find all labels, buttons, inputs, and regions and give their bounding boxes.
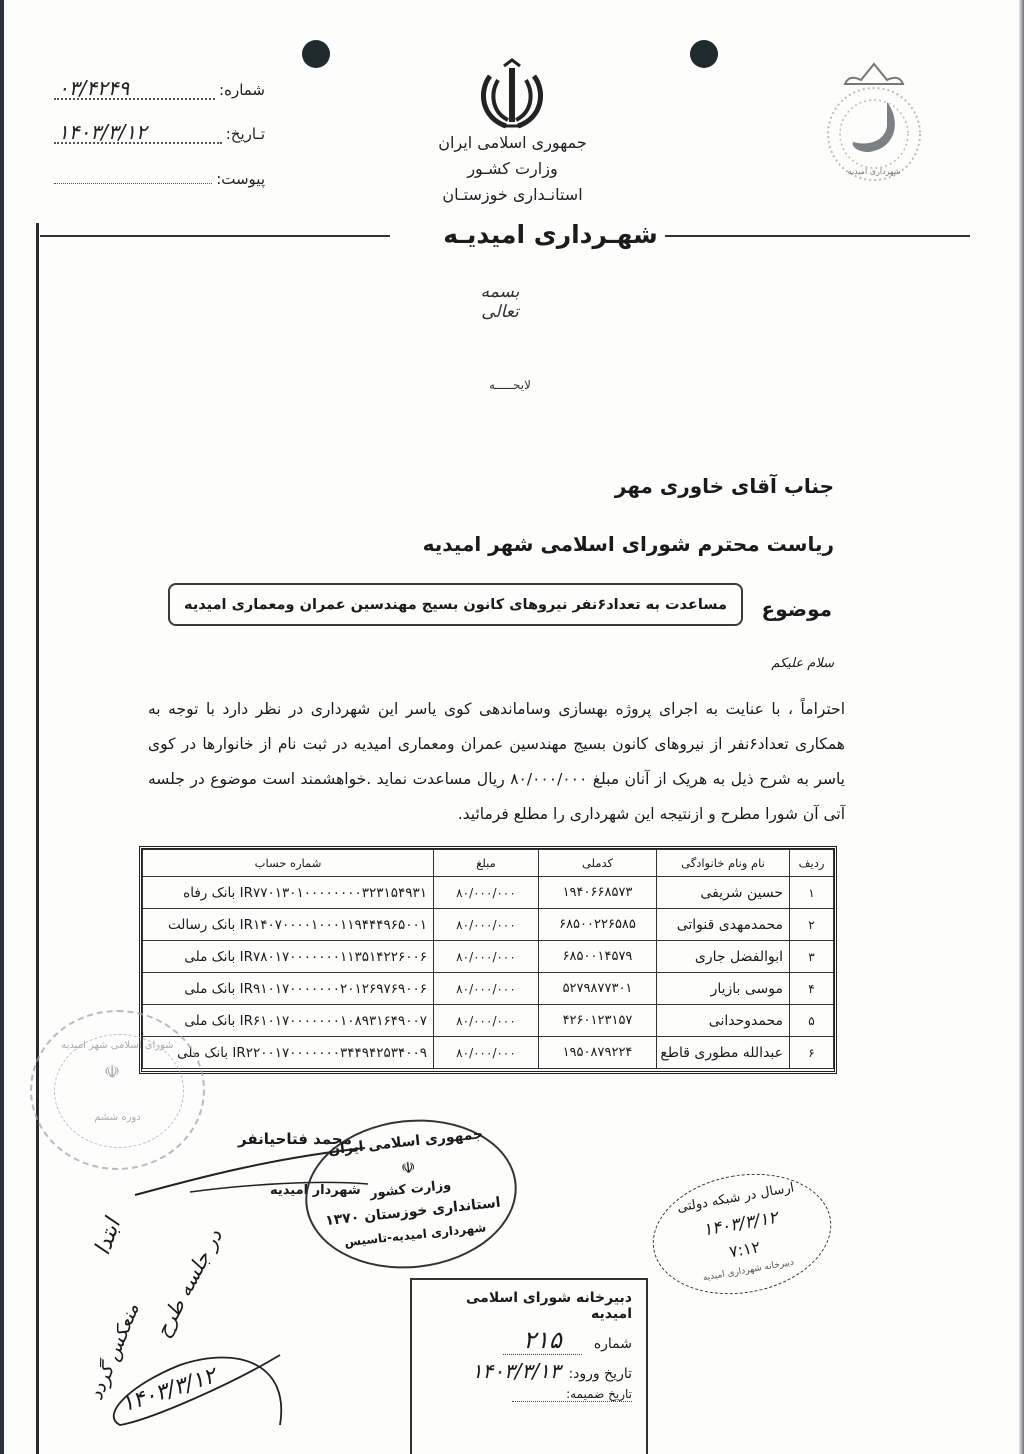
handwritten-note-1: ابتدا <box>90 1216 126 1259</box>
cell-name: عبدالله مطوری قاطع <box>657 1037 790 1069</box>
letterhead-line-ministry: وزارت کشـور <box>400 156 625 182</box>
table-row: ۳ ابوالفضل جاری ۶۸۵۰۰۱۴۵۷۹ ۸۰/۰۰۰/۰۰۰ IR… <box>143 941 834 973</box>
secretariat-attachment-label: تاریخ ضمیمه: <box>512 1387 632 1402</box>
council-secretariat-stamp: دبیرخانه شورای اسلامی امیدیه شماره ۲۱۵ ت… <box>410 1278 648 1454</box>
recipient-title: ریاست محترم شورای اسلامی شهر امیدیه <box>423 532 834 556</box>
cell-account: IR۱۴۰۷۰۰۰۰۱۰۰۰۱۱۹۴۴۴۹۶۵۰۰۱ بانک رسالت <box>143 909 434 941</box>
header-name: نام ونام خانوادگی <box>657 850 790 877</box>
municipality-logo-icon: شهرداری امیدیه <box>815 62 933 197</box>
municipality-title: شهـرداری امیدیـه <box>438 220 663 249</box>
table-row: ۲ محمدمهدی قنواتی ۶۸۵۰۰۲۲۶۵۸۵ ۸۰/۰۰۰/۰۰۰… <box>143 909 834 941</box>
body-line-1: احتراماً ، با عنایت به اجرای پروژه بهساز… <box>148 692 845 727</box>
letter-attachment-value <box>54 183 212 184</box>
letter-number-value: ۰۳/۴۲۴۹ <box>54 78 215 100</box>
cell-amount: ۸۰/۰۰۰/۰۰۰ <box>434 1005 539 1037</box>
cell-name: محمدوحدانی <box>657 1005 790 1037</box>
cell-amount: ۸۰/۰۰۰/۰۰۰ <box>434 973 539 1005</box>
subject-label: موضوع <box>762 597 832 621</box>
cell-amount: ۸۰/۰۰۰/۰۰۰ <box>434 941 539 973</box>
secretariat-title: دبیرخانه شورای اسلامی امیدیه <box>426 1290 632 1322</box>
secretariat-number-row: شماره ۲۱۵ <box>426 1326 632 1355</box>
cell-national-id: ۶۸۵۰۰۱۴۵۷۹ <box>539 941 657 973</box>
secretariat-date-label: تاریخ ورود: <box>568 1366 632 1382</box>
table-row: ۵ محمدوحدانی ۴۲۶۰۱۲۳۱۵۷ ۸۰/۰۰۰/۰۰۰ IR۶۱۰… <box>143 1005 834 1037</box>
cell-national-id: ۱۹۵۰۸۷۹۲۲۴ <box>539 1037 657 1069</box>
handwritten-note-2: در جلسه طرح <box>150 1225 227 1341</box>
beneficiaries-table: ردیف نام ونام خانوادگی کدملی مبلغ شماره … <box>139 846 837 1074</box>
cell-national-id: ۶۸۵۰۰۲۲۶۵۸۵ <box>539 909 657 941</box>
letter-body: احتراماً ، با عنایت به اجرای پروژه بهساز… <box>148 692 845 832</box>
letter-attachment-label: پیوست: <box>216 170 265 188</box>
cell-account: IR۶۱۰۱۷۰۰۰۰۰۰۰۱۰۸۹۳۱۶۴۹۰۰۷ بانک ملی <box>143 1005 434 1037</box>
scan-edge-left <box>0 0 4 1454</box>
greeting: سلام علیکم <box>771 656 834 671</box>
secretariat-date-value: ۱۴۰۳/۳/۱۳ <box>472 1359 561 1383</box>
dispatch-oval-stamp: ارسال در شبکه دولتی ۱۴۰۳/۳/۱۲ ۷:۱۲ دبیرخ… <box>643 1160 841 1307</box>
scan-edge-right <box>1019 0 1024 1454</box>
cell-national-id: ۵۲۷۹۸۷۷۳۰۱ <box>539 973 657 1005</box>
cell-name: ابوالفضل جاری <box>657 941 790 973</box>
subject-box: مساعدت به تعداد۶نفر نیروهای کانون بسیج م… <box>168 583 743 626</box>
letterhead-lines: جمهوری اسلامی ایران وزارت کشـور استانـدا… <box>400 130 625 208</box>
secretariat-number-label: شماره <box>594 1336 632 1352</box>
svg-text:شهرداری امیدیه: شهرداری امیدیه <box>848 167 901 176</box>
cell-row-number: ۳ <box>790 941 834 973</box>
table-row: ۶ عبدالله مطوری قاطع ۱۹۵۰۸۷۹۲۲۴ ۸۰/۰۰۰/۰… <box>143 1037 834 1069</box>
table-header-row: ردیف نام ونام خانوادگی کدملی مبلغ شماره … <box>143 850 834 877</box>
cell-account: IR۷۷۰۱۳۰۱۰۰۰۰۰۰۰۰۳۲۳۱۵۴۹۳۱ بانک رفاه <box>143 877 434 909</box>
cell-national-id: ۴۲۶۰۱۲۳۱۵۷ <box>539 1005 657 1037</box>
subject-text: مساعدت به تعداد۶نفر نیروهای کانون بسیج م… <box>184 597 727 613</box>
cell-name: موسی بازیار <box>657 973 790 1005</box>
cell-national-id: ۱۹۴۰۶۶۸۵۷۳ <box>539 877 657 909</box>
body-line-4: آتی آن شورا مطرح و ازنتیجه این شهرداری ر… <box>148 797 845 832</box>
cell-row-number: ۵ <box>790 1005 834 1037</box>
secretariat-date-row: تاریخ ورود: ۱۴۰۳/۳/۱۳ <box>426 1359 632 1383</box>
cell-name: محمدمهدی قنواتی <box>657 909 790 941</box>
punch-hole-right <box>690 40 718 68</box>
letter-date-label: تـاریخ: <box>226 125 265 143</box>
council-stamp-text: شورای اسلامی شهر امیدیه <box>32 1040 203 1051</box>
cell-row-number: ۶ <box>790 1037 834 1069</box>
basmala: بسمه تعالی <box>470 282 530 322</box>
punch-hole-left <box>302 40 330 68</box>
letter-number-label: شماره: <box>219 81 265 99</box>
header-amount: مبلغ <box>434 850 539 877</box>
recipient-name: جناب آقای خاوری مهر <box>615 474 834 498</box>
cell-name: حسین شریفی <box>657 877 790 909</box>
municipality-title-row: شهـرداری امیدیـه <box>40 222 940 250</box>
stamp-inner-ring <box>54 1034 184 1148</box>
letter-number-row: شماره: ۰۳/۴۲۴۹ <box>50 78 265 100</box>
body-line-2: همکاری تعداد۶نفر از نیروهای کانون بسیج م… <box>148 727 845 762</box>
header-national-id: کدملی <box>539 850 657 877</box>
letter-date-row: تـاریخ: ۱۴۰۳/۳/۱۲ <box>50 122 265 144</box>
council-stamp-period: دوره ششم <box>32 1112 203 1123</box>
cell-row-number: ۲ <box>790 909 834 941</box>
table-row: ۴ موسی بازیار ۵۲۷۹۸۷۷۳۰۱ ۸۰/۰۰۰/۰۰۰ IR۹۱… <box>143 973 834 1005</box>
secretariat-number-value: ۲۱۵ <box>503 1326 582 1355</box>
header-account: شماره حساب <box>143 850 434 877</box>
cell-account: IR۷۸۰۱۷۰۰۰۰۰۰۰۱۱۳۵۱۴۲۲۶۰۰۶ بانک ملی <box>143 941 434 973</box>
iran-emblem-icon <box>476 58 548 132</box>
letter-date-value: ۱۴۰۳/۳/۱۲ <box>54 122 222 144</box>
cell-row-number: ۴ <box>790 973 834 1005</box>
annex-mark: لایحـــــه <box>470 378 550 392</box>
cell-amount: ۸۰/۰۰۰/۰۰۰ <box>434 1037 539 1069</box>
header-row-number: ردیف <box>790 850 834 877</box>
title-rule-right <box>665 235 970 237</box>
cell-amount: ۸۰/۰۰۰/۰۰۰ <box>434 909 539 941</box>
table-row: ۱ حسین شریفی ۱۹۴۰۶۶۸۵۷۳ ۸۰/۰۰۰/۰۰۰ IR۷۷۰… <box>143 877 834 909</box>
cell-row-number: ۱ <box>790 877 834 909</box>
cell-amount: ۸۰/۰۰۰/۰۰۰ <box>434 877 539 909</box>
stamp-emblem-icon: ☫ <box>104 1062 120 1083</box>
letterhead-line-province: استانـداری خوزستـان <box>400 182 625 208</box>
letter-attachment-row: پیوست: <box>50 170 265 188</box>
body-line-3: یاسر به شرح ذیل به هریک از آنان مبلغ ۸۰/… <box>148 762 845 797</box>
cell-account: IR۹۱۰۱۷۰۰۰۰۰۰۰۲۰۱۲۶۹۷۶۹۰۰۶ بانک ملی <box>143 973 434 1005</box>
letterhead-line-country: جمهوری اسلامی ایران <box>400 130 625 156</box>
title-rule-left <box>40 235 390 237</box>
